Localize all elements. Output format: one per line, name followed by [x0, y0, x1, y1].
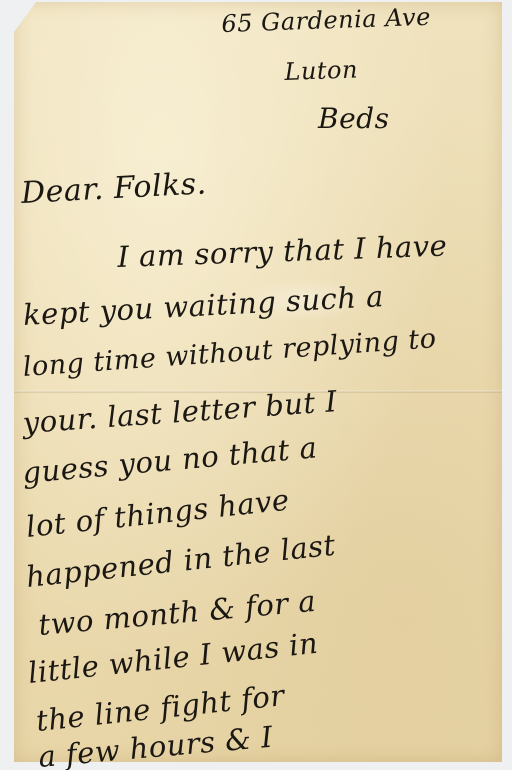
address-line-county: Beds	[318, 102, 389, 135]
address-line-town: Luton	[284, 55, 358, 86]
scanned-letter: 65 Gardenia Ave Luton Beds Dear. Folks. …	[0, 0, 512, 770]
